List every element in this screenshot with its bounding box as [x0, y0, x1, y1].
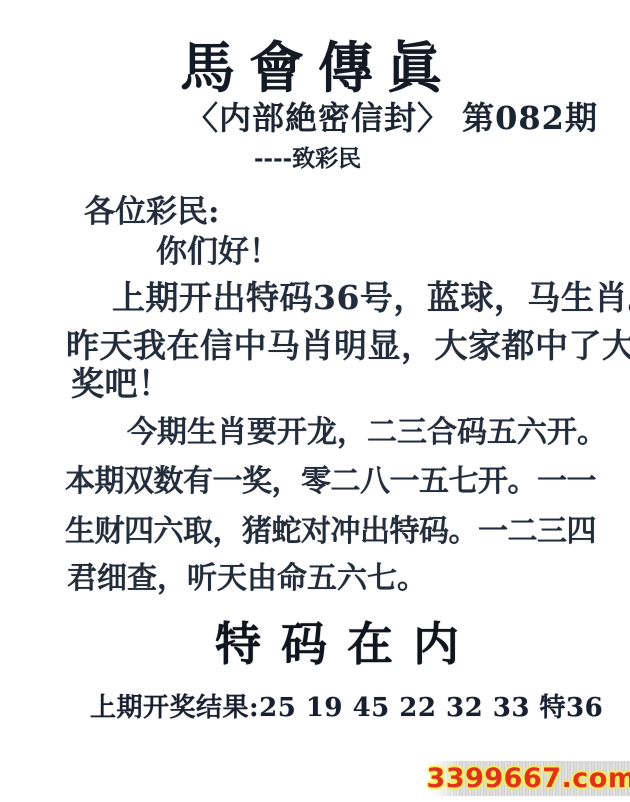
fax-document-page: 馬會傳眞 〈内部絶密信封〉 第082期 ----致彩民 各位彩民: 你们好！ 上…: [0, 0, 630, 802]
letter-line: 君细查，听天由命五六七。: [67, 564, 427, 594]
watermark-banner: 3399667.com: [433, 761, 630, 796]
letter-line: 本期双数有一奖，零二八一五七开。一一: [65, 467, 596, 497]
letter-line: 昨天我在信中马肖明显，大家都中了大: [66, 329, 630, 362]
letter-line: 今期生肖要开龙，二三合码五六开。: [127, 418, 607, 448]
special-code-heading: 特 码 在 内: [215, 621, 461, 667]
letter-salutation: 各位彩民:: [84, 197, 219, 228]
letter-line: 上期开出特码36号，蓝球，马生肖。: [112, 281, 630, 314]
previous-results-line: 上期开奖结果:25 19 45 22 32 33 特36: [90, 695, 603, 721]
document-subtitle: 〈内部絶密信封〉 第082期: [186, 102, 598, 134]
document-dedication: ----致彩民: [254, 147, 361, 170]
letter-line: 奖吧！: [71, 367, 172, 400]
watermark-url: 3399667.com: [427, 765, 630, 792]
letter-greeting: 你们好！: [156, 237, 280, 268]
letter-line: 生财四六取，猪蛇对冲出特码。一二三四: [65, 517, 596, 547]
document-title: 馬會傳眞: [180, 40, 456, 95]
